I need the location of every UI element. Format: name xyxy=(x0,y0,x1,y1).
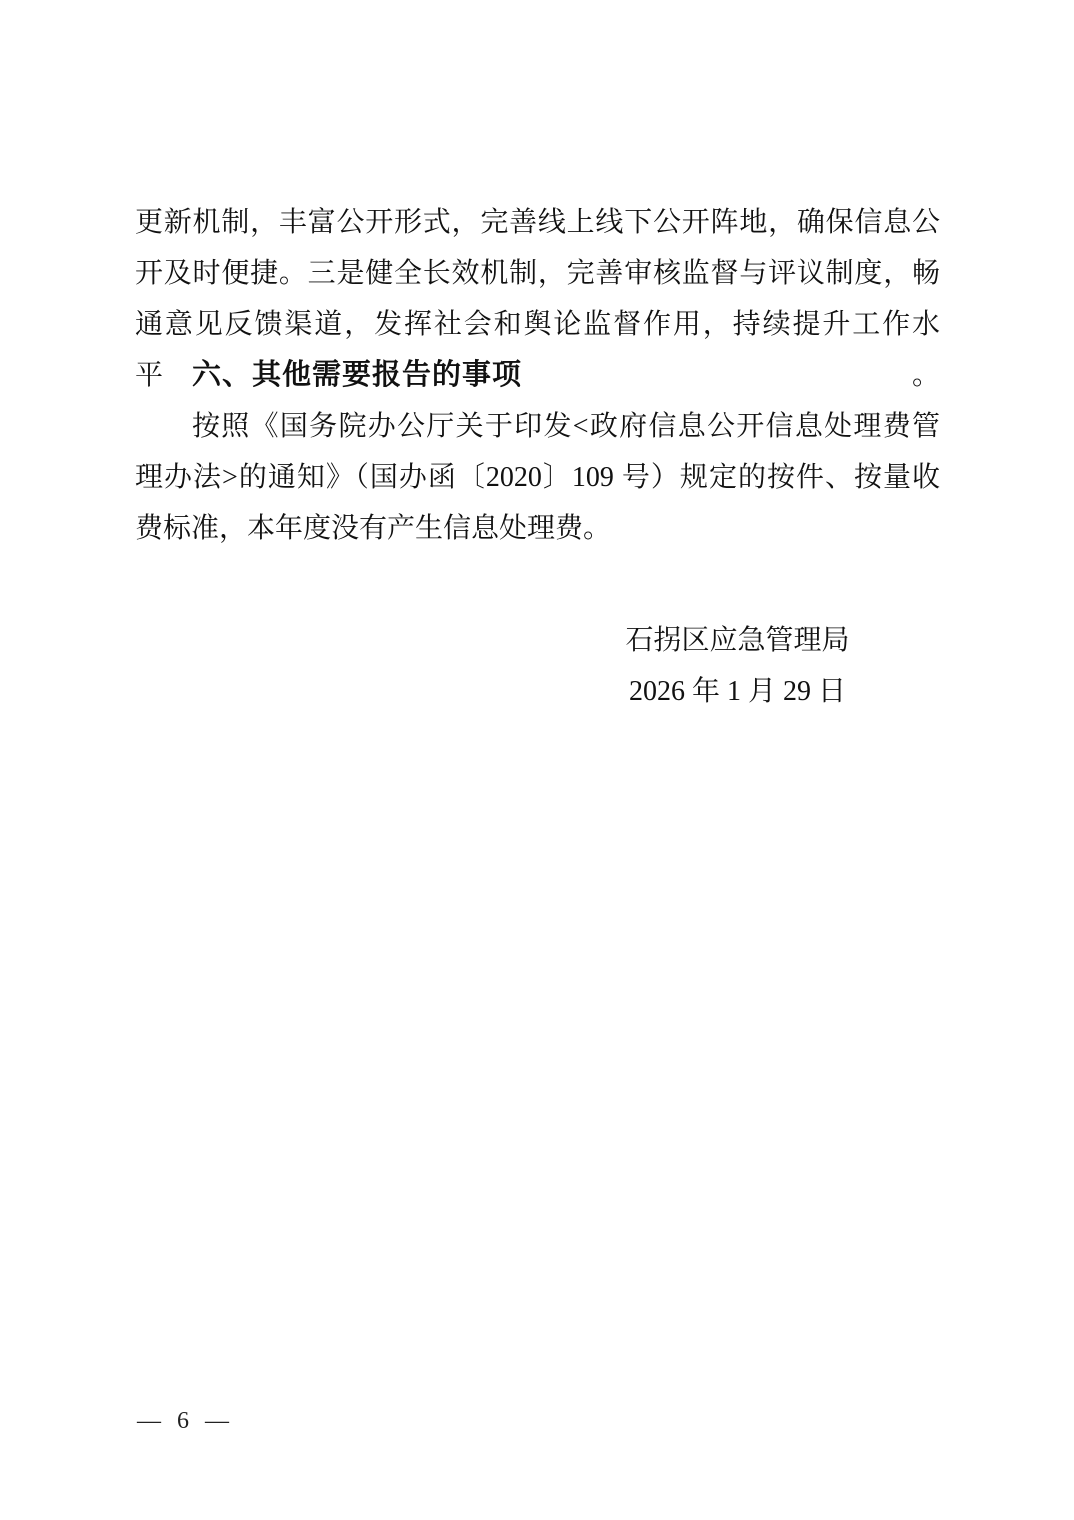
signature-block: 石拐区应急管理局 2026 年 1 月 29 日 xyxy=(600,615,875,717)
signature-organization: 石拐区应急管理局 xyxy=(600,615,875,666)
paragraph-continuation-line-2: 开及时便捷。三是健全长效机制，完善审核监督与评议制度，畅 xyxy=(135,248,940,299)
page-number: — 6 — xyxy=(137,1406,234,1436)
paragraph-continuation-line-3: 通意见反馈渠道，发挥社会和舆论监督作用，持续提升工作水平。 xyxy=(135,299,940,350)
paragraph-line-1: 按照《国务院办公厅关于印发<政府信息公开信息处理费管 xyxy=(135,401,940,452)
document-page: 更新机制，丰富公开形式，完善线上线下公开阵地，确保信息公 开及时便捷。三是健全长… xyxy=(0,0,1074,1520)
signature-date: 2026 年 1 月 29 日 xyxy=(600,666,875,717)
document-body: 更新机制，丰富公开形式，完善线上线下公开阵地，确保信息公 开及时便捷。三是健全长… xyxy=(135,197,940,554)
paragraph-line-2: 理办法>的通知》（国办函〔2020〕109 号）规定的按件、按量收 xyxy=(135,452,940,503)
paragraph-continuation-line-1: 更新机制，丰富公开形式，完善线上线下公开阵地，确保信息公 xyxy=(135,197,940,248)
paragraph-line-3: 费标准，本年度没有产生信息处理费。 xyxy=(135,503,940,554)
